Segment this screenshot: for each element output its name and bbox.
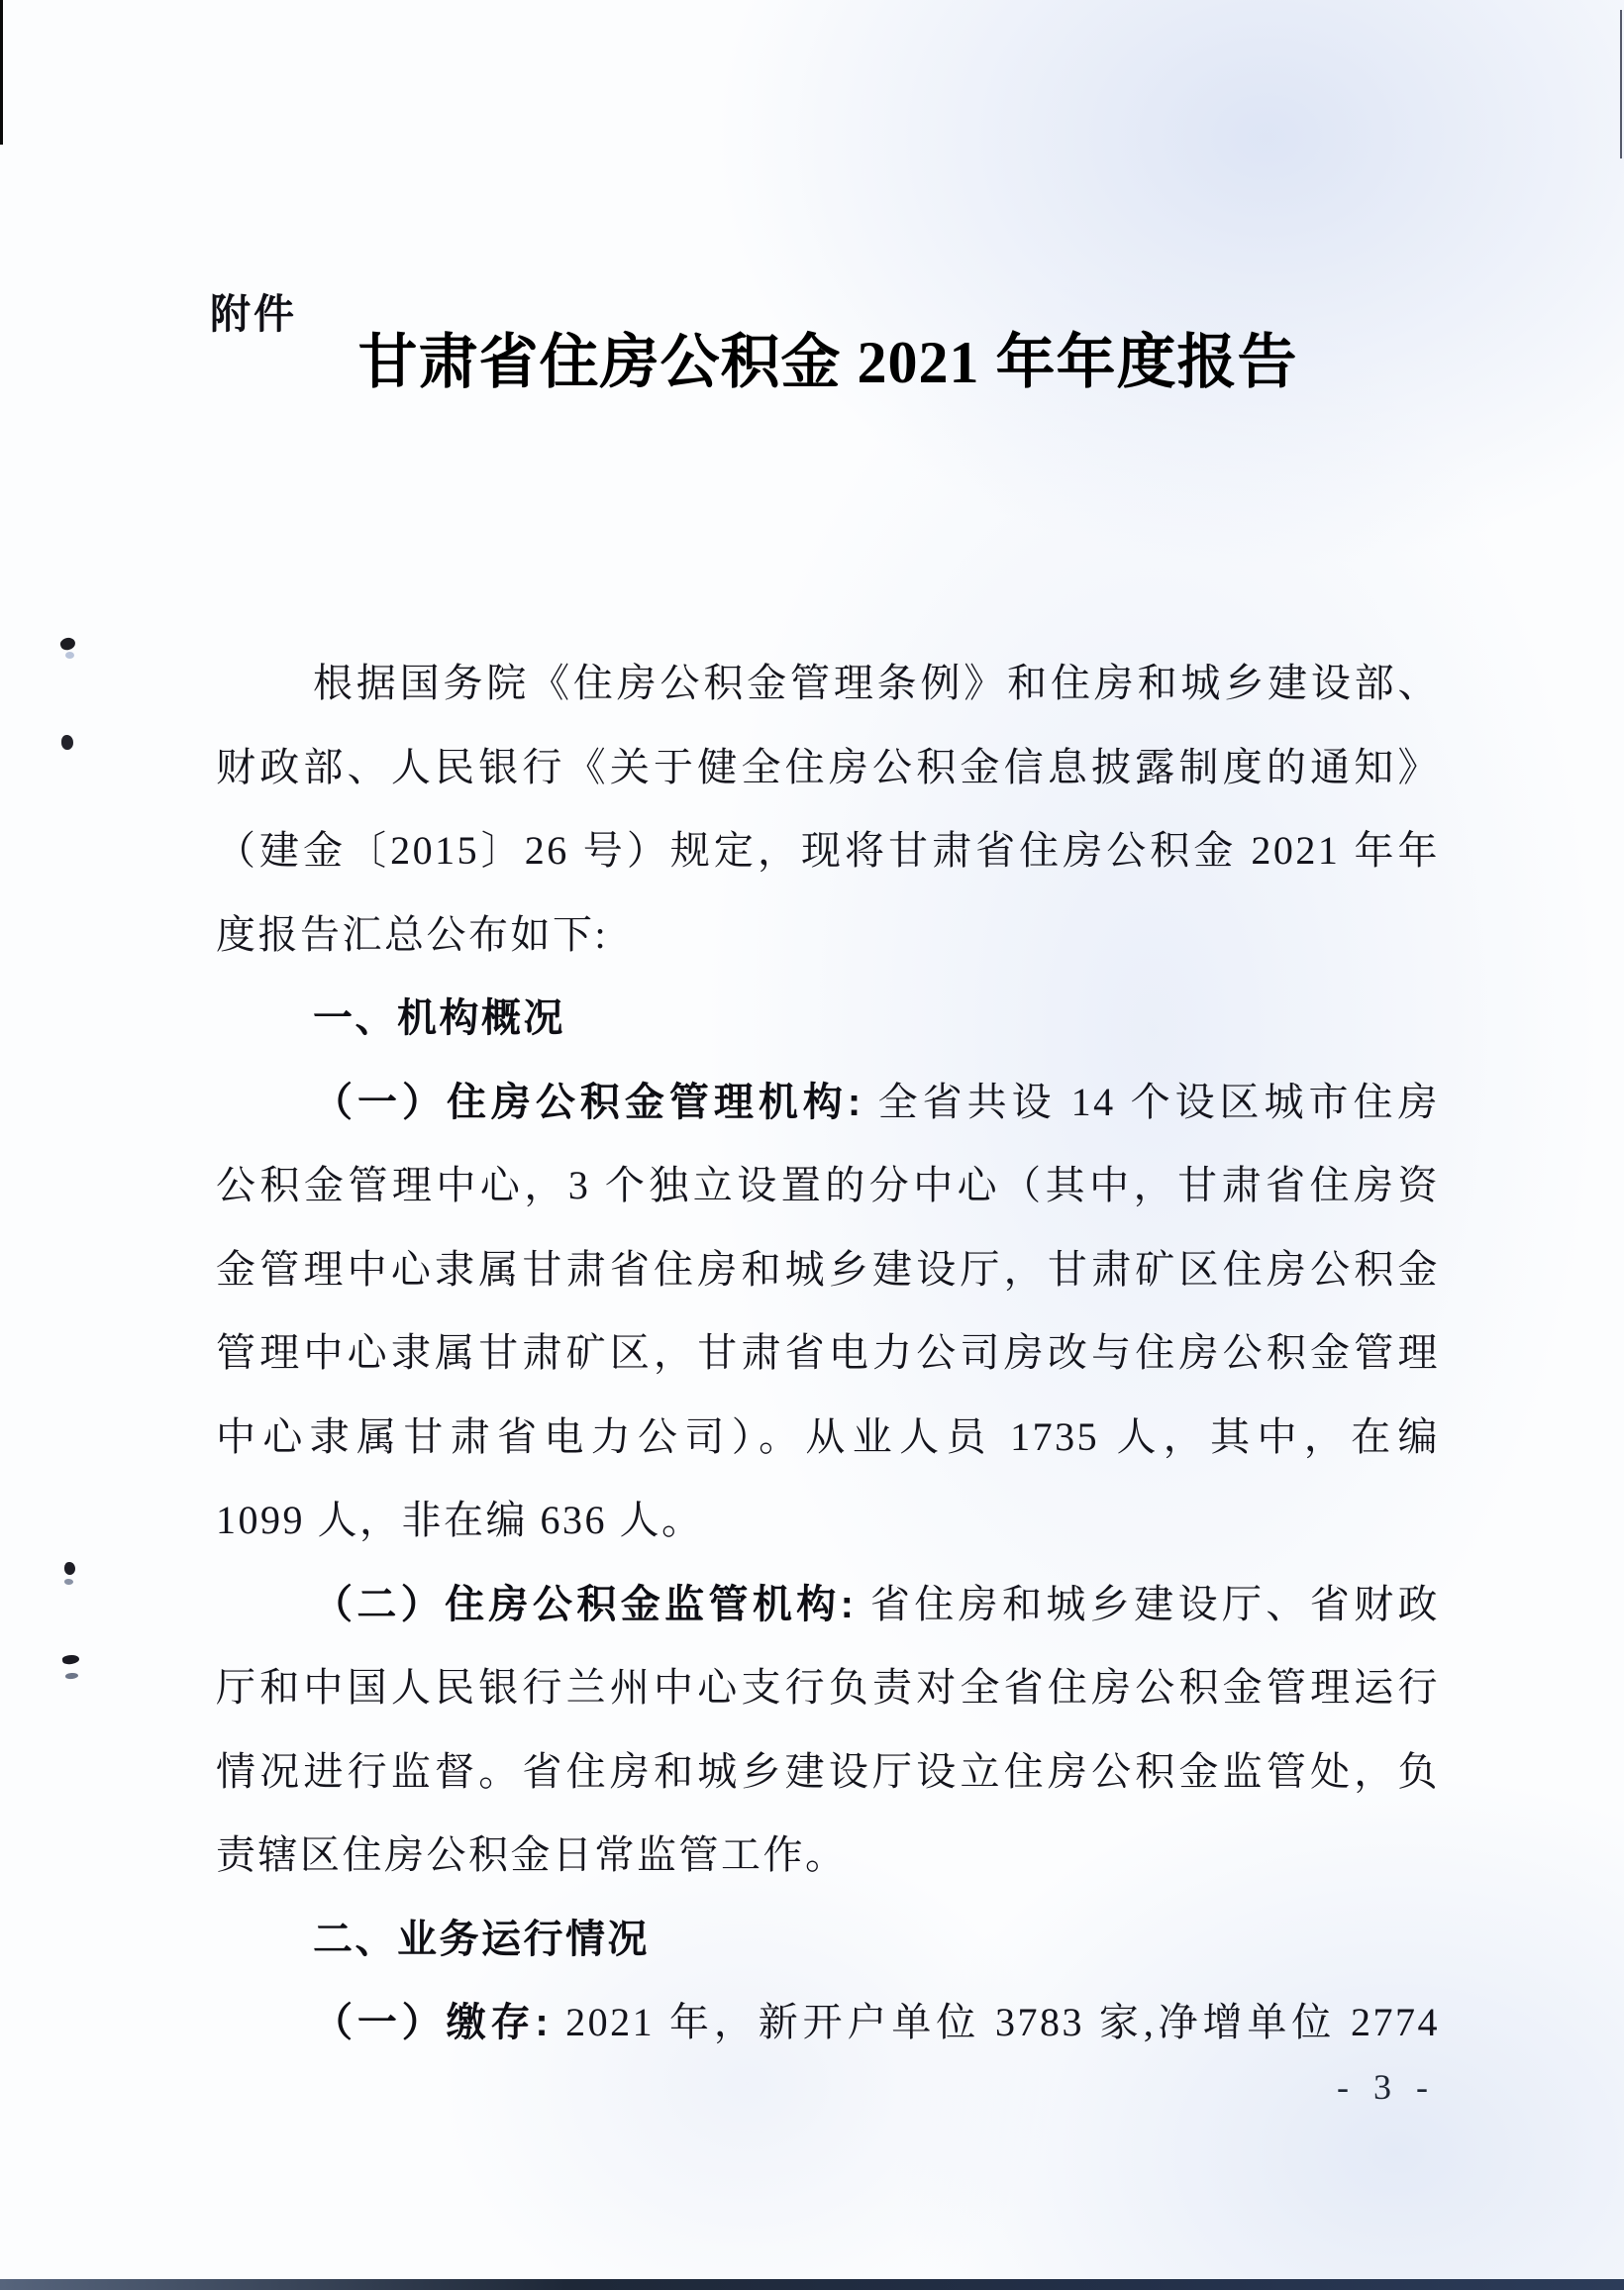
line-text: 省住房和城乡建设厅、省财政 xyxy=(856,1582,1440,1626)
document-body: 根据国务院《住房公积金管理条例》和住房和城乡建设部、 财政部、人民银行《关于健全… xyxy=(216,642,1440,2065)
body-line: （建金〔2015〕26 号）规定，现将甘肃省住房公积金 2021 年年 xyxy=(216,809,1440,893)
line-text: 责辖区住房公积金日常监管工作。 xyxy=(216,1832,848,1877)
scan-edge-line-left xyxy=(0,0,3,145)
line-text: （建金〔2015〕26 号）规定，现将甘肃省住房公积金 2021 年年 xyxy=(216,828,1440,873)
body-section-heading: 一、机构概况 xyxy=(216,977,1440,1061)
line-text: 中心隶属甘肃省电力公司）。从业人员 1735 人，其中，在编 xyxy=(216,1414,1440,1459)
body-line: （一）缴存: 2021 年，新开户单位 3783 家,净增单位 2774 xyxy=(216,1981,1440,2065)
ink-speck xyxy=(64,1562,75,1575)
line-lead: （一）住房公积金管理机构: xyxy=(313,1081,863,1124)
body-line: 根据国务院《住房公积金管理条例》和住房和城乡建设部、 xyxy=(216,642,1440,726)
line-text: 2021 年，新开户单位 3783 家,净增单位 2774 xyxy=(551,2000,1440,2044)
body-line: 度报告汇总公布如下: xyxy=(216,893,1440,978)
ink-speck xyxy=(65,1672,79,1679)
body-line: 管理中心隶属甘肃矿区，甘肃省电力公司房改与住房公积金管理 xyxy=(216,1311,1440,1396)
line-text: 厅和中国人民银行兰州中心支行负责对全省住房公积金管理运行 xyxy=(216,1665,1440,1710)
ink-speck xyxy=(61,735,73,750)
document-title: 甘肃省住房公积金 2021 年年度报告 xyxy=(216,315,1440,400)
body-line: （一）住房公积金管理机构: 全省共设 14 个设区城市住房 xyxy=(216,1061,1440,1145)
line-text: 全省共设 14 个设区城市住房 xyxy=(863,1080,1440,1124)
line-text: 财政部、人民银行《关于健全住房公积金信息披露制度的通知》 xyxy=(216,745,1440,789)
line-text: 度报告汇总公布如下: xyxy=(216,912,608,957)
body-line: 金管理中心隶属甘肃省住房和城乡建设厅，甘肃矿区住房公积金 xyxy=(216,1228,1440,1312)
line-text: 公积金管理中心，3 个独立设置的分中心（其中，甘肃省住房资 xyxy=(216,1163,1440,1207)
line-text: 1099 人，非在编 636 人。 xyxy=(216,1498,704,1542)
ink-speck xyxy=(61,1654,79,1665)
scan-edge-line-right xyxy=(1620,10,1622,158)
body-line: （二）住房公积金监管机构: 省住房和城乡建设厅、省财政 xyxy=(216,1563,1440,1647)
body-line: 责辖区住房公积金日常监管工作。 xyxy=(216,1814,1440,1898)
line-lead: （二）住房公积金监管机构: xyxy=(313,1583,856,1626)
line-text: 管理中心隶属甘肃矿区，甘肃省电力公司房改与住房公积金管理 xyxy=(216,1330,1440,1375)
body-line: 厅和中国人民银行兰州中心支行负责对全省住房公积金管理运行 xyxy=(216,1646,1440,1730)
body-line: 财政部、人民银行《关于健全住房公积金信息披露制度的通知》 xyxy=(216,726,1440,810)
page-number: - 3 - xyxy=(1317,2066,1456,2108)
ink-speck xyxy=(64,1579,73,1585)
scan-bottom-shadow xyxy=(0,2279,1624,2290)
ink-speck xyxy=(59,636,77,652)
ink-speck xyxy=(65,652,74,659)
line-lead: （一）缴存: xyxy=(313,2001,551,2044)
line-lead: 二、业务运行情况 xyxy=(313,1918,650,1961)
line-text: 情况进行监督。省住房和城乡建设厅设立住房公积金监管处，负 xyxy=(216,1749,1440,1794)
body-line: 公积金管理中心，3 个独立设置的分中心（其中，甘肃省住房资 xyxy=(216,1144,1440,1228)
body-line: 情况进行监督。省住房和城乡建设厅设立住房公积金监管处，负 xyxy=(216,1730,1440,1815)
line-text: 金管理中心隶属甘肃省住房和城乡建设厅，甘肃矿区住房公积金 xyxy=(216,1247,1440,1292)
body-line: 1099 人，非在编 636 人。 xyxy=(216,1479,1440,1563)
line-lead: 一、机构概况 xyxy=(313,996,565,1040)
line-text: 根据国务院《住房公积金管理条例》和住房和城乡建设部、 xyxy=(313,661,1440,705)
scanned-document-page: 附件 甘肃省住房公积金 2021 年年度报告 根据国务院《住房公积金管理条例》和… xyxy=(0,0,1624,2290)
body-section-heading: 二、业务运行情况 xyxy=(216,1898,1440,1982)
body-line: 中心隶属甘肃省电力公司）。从业人员 1735 人，其中，在编 xyxy=(216,1396,1440,1480)
